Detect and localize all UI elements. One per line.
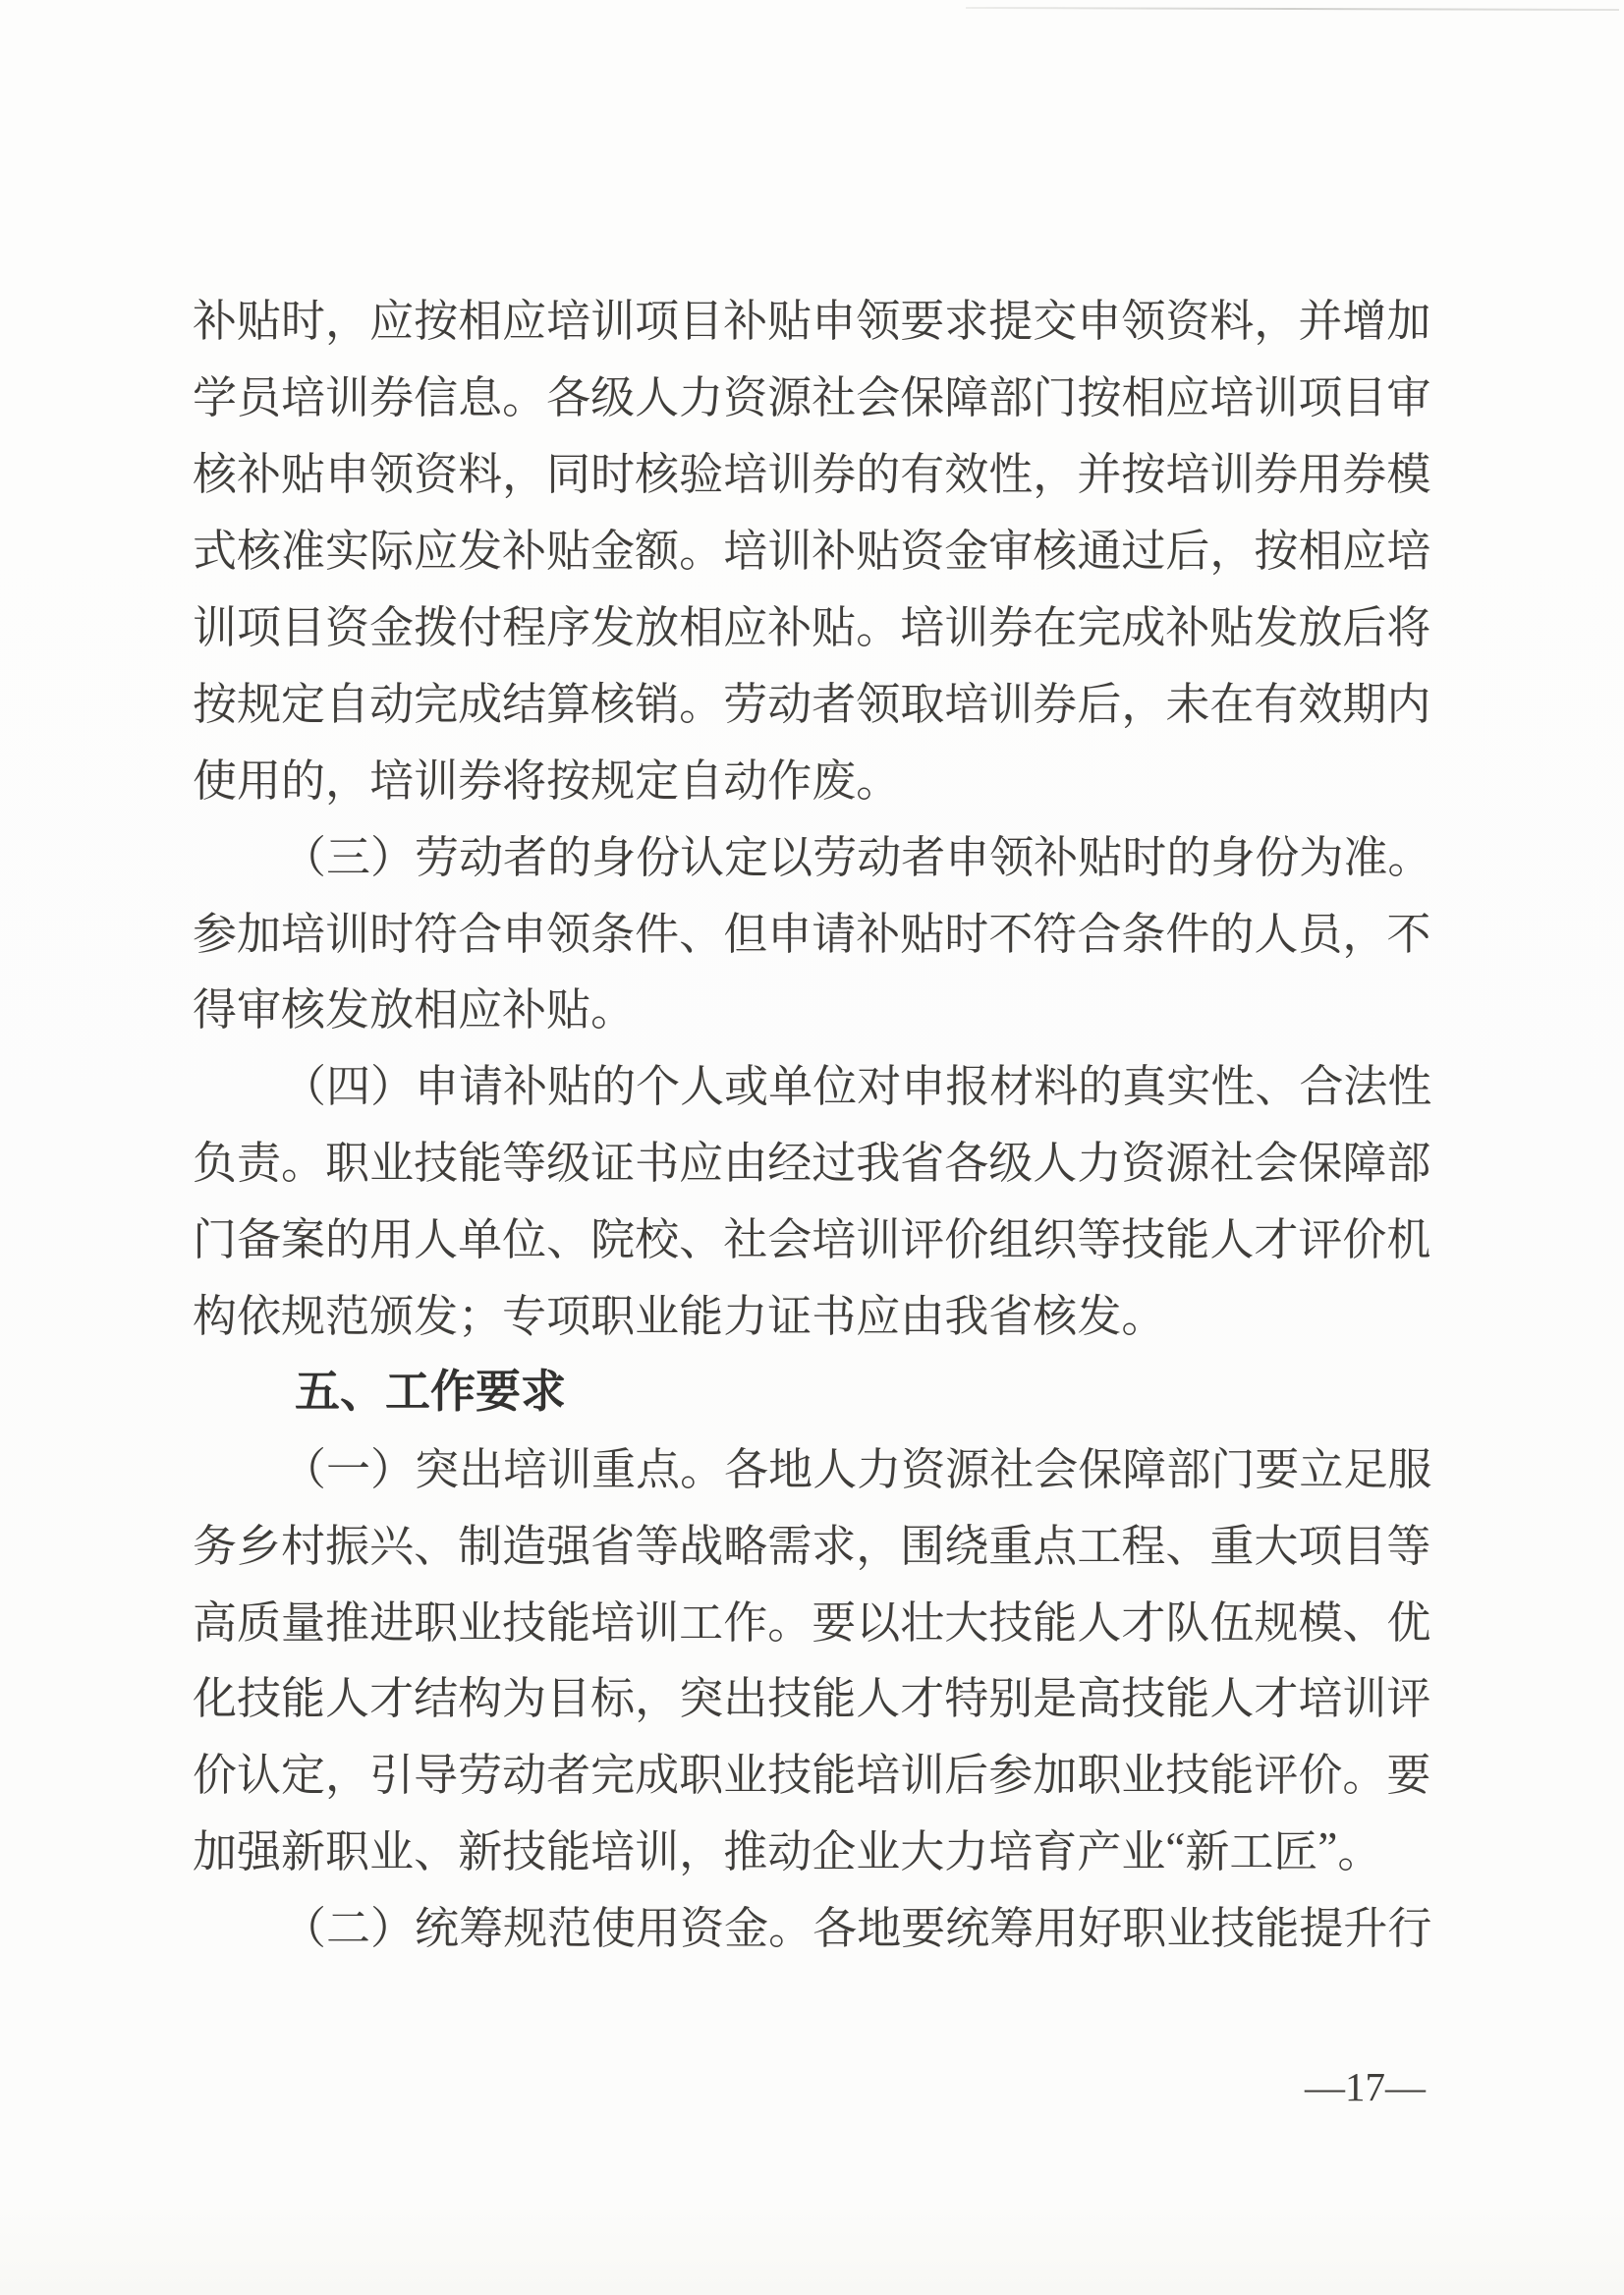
text-line: 高质量推进职业技能培训工作。要以壮大技能人才队伍规模、优 [193, 1580, 1428, 1656]
text-line: 化技能人才结构为目标，突出技能人才特别是高技能人才培训评 [193, 1656, 1428, 1733]
page-text: 补贴时，应按相应培训项目补贴申领要求提交申领资料，并增加学员培训券信息。各级人力… [193, 279, 1428, 1963]
text-line: 构依规范颁发；专项职业能力证书应由我省核发。 [193, 1274, 1428, 1351]
text-line: （三）劳动者的身份认定以劳动者申领补贴时的身份为准。 [193, 814, 1428, 891]
text-line: 加强新职业、新技能培训，推动企业大力培育产业“新工匠”。 [193, 1810, 1428, 1886]
text-line: 按规定自动完成结算核销。劳动者领取培训券后，未在有效期内 [193, 661, 1428, 738]
scan-line-artifact [966, 7, 1619, 11]
text-line: 使用的，培训券将按规定自动作废。 [193, 738, 1428, 814]
text-line: 核补贴申领资料，同时核验培训券的有效性，并按培训券用券模 [193, 432, 1428, 509]
text-line: （一）突出培训重点。各地人力资源社会保障部门要立足服 [193, 1427, 1428, 1503]
document-page: 补贴时，应按相应培训项目补贴申领要求提交申领资料，并增加学员培训券信息。各级人力… [0, 0, 1624, 2295]
text-line: （二）统筹规范使用资金。各地要统筹用好职业技能提升行 [193, 1886, 1428, 1963]
text-line: 得审核发放相应补贴。 [193, 968, 1428, 1044]
section-heading: 五、工作要求 [193, 1350, 1428, 1427]
text-line: 负责。职业技能等级证书应由经过我省各级人力资源社会保障部 [193, 1121, 1428, 1198]
text-line: 式核准实际应发补贴金额。培训补贴资金审核通过后，按相应培 [193, 509, 1428, 586]
text-line: 门备案的用人单位、院校、社会培训评价组织等技能人才评价机 [193, 1198, 1428, 1274]
text-line: 参加培训时符合申领条件、但申请补贴时不符合条件的人员，不 [193, 891, 1428, 968]
page-number: —17— [1305, 2061, 1432, 2112]
text-line: 务乡村振兴、制造强省等战略需求，围绕重点工程、重大项目等 [193, 1503, 1428, 1580]
text-line: 训项目资金拨付程序发放相应补贴。培训券在完成补贴发放后将 [193, 586, 1428, 662]
text-line: 学员培训券信息。各级人力资源社会保障部门按相应培训项目审 [193, 356, 1428, 432]
text-line: （四）申请补贴的个人或单位对申报材料的真实性、合法性 [193, 1044, 1428, 1121]
text-line: 价认定，引导劳动者完成职业技能培训后参加职业技能评价。要 [193, 1733, 1428, 1810]
text-line: 补贴时，应按相应培训项目补贴申领要求提交申领资料，并增加 [193, 279, 1428, 356]
